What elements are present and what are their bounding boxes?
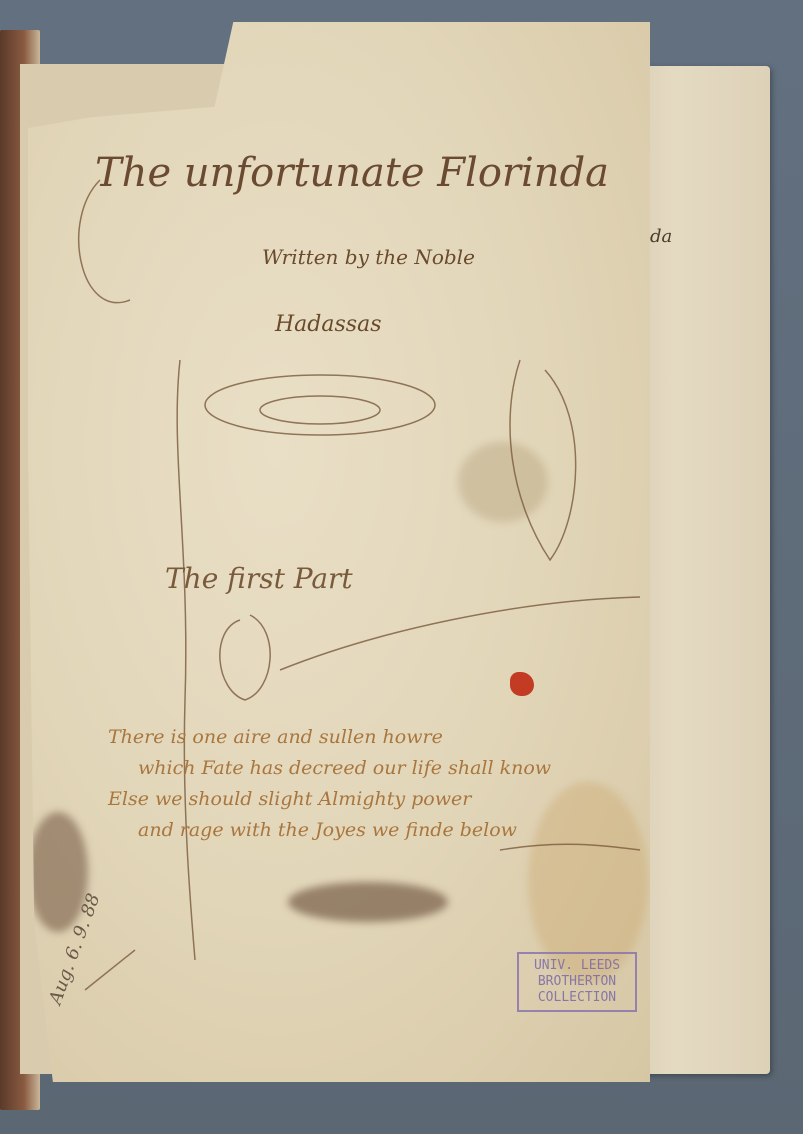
red-wax-mark: [510, 672, 534, 696]
verse-line: There is one aire and sullen howre: [108, 722, 551, 753]
byline: Written by the Noble: [262, 245, 475, 269]
manuscript-title: The unfortunate Florinda: [95, 150, 609, 196]
verse-line: and rage with the Joyes we finde below: [108, 815, 551, 846]
stamp-line: UNIV. LEEDS: [519, 958, 635, 974]
library-stamp: UNIV. LEEDS BROTHERTON COLLECTION: [517, 952, 637, 1012]
section-heading: The first Part: [165, 562, 353, 595]
verse-line: which Fate has decreed our life shall kn…: [108, 753, 551, 784]
verse-block: There is one aire and sullen howre which…: [108, 722, 551, 846]
stamp-line: BROTHERTON: [519, 974, 635, 990]
verse-line: Else we should slight Almighty power: [108, 784, 551, 815]
author-name: Hadassas: [275, 312, 382, 337]
stamp-line: COLLECTION: [519, 990, 635, 1006]
